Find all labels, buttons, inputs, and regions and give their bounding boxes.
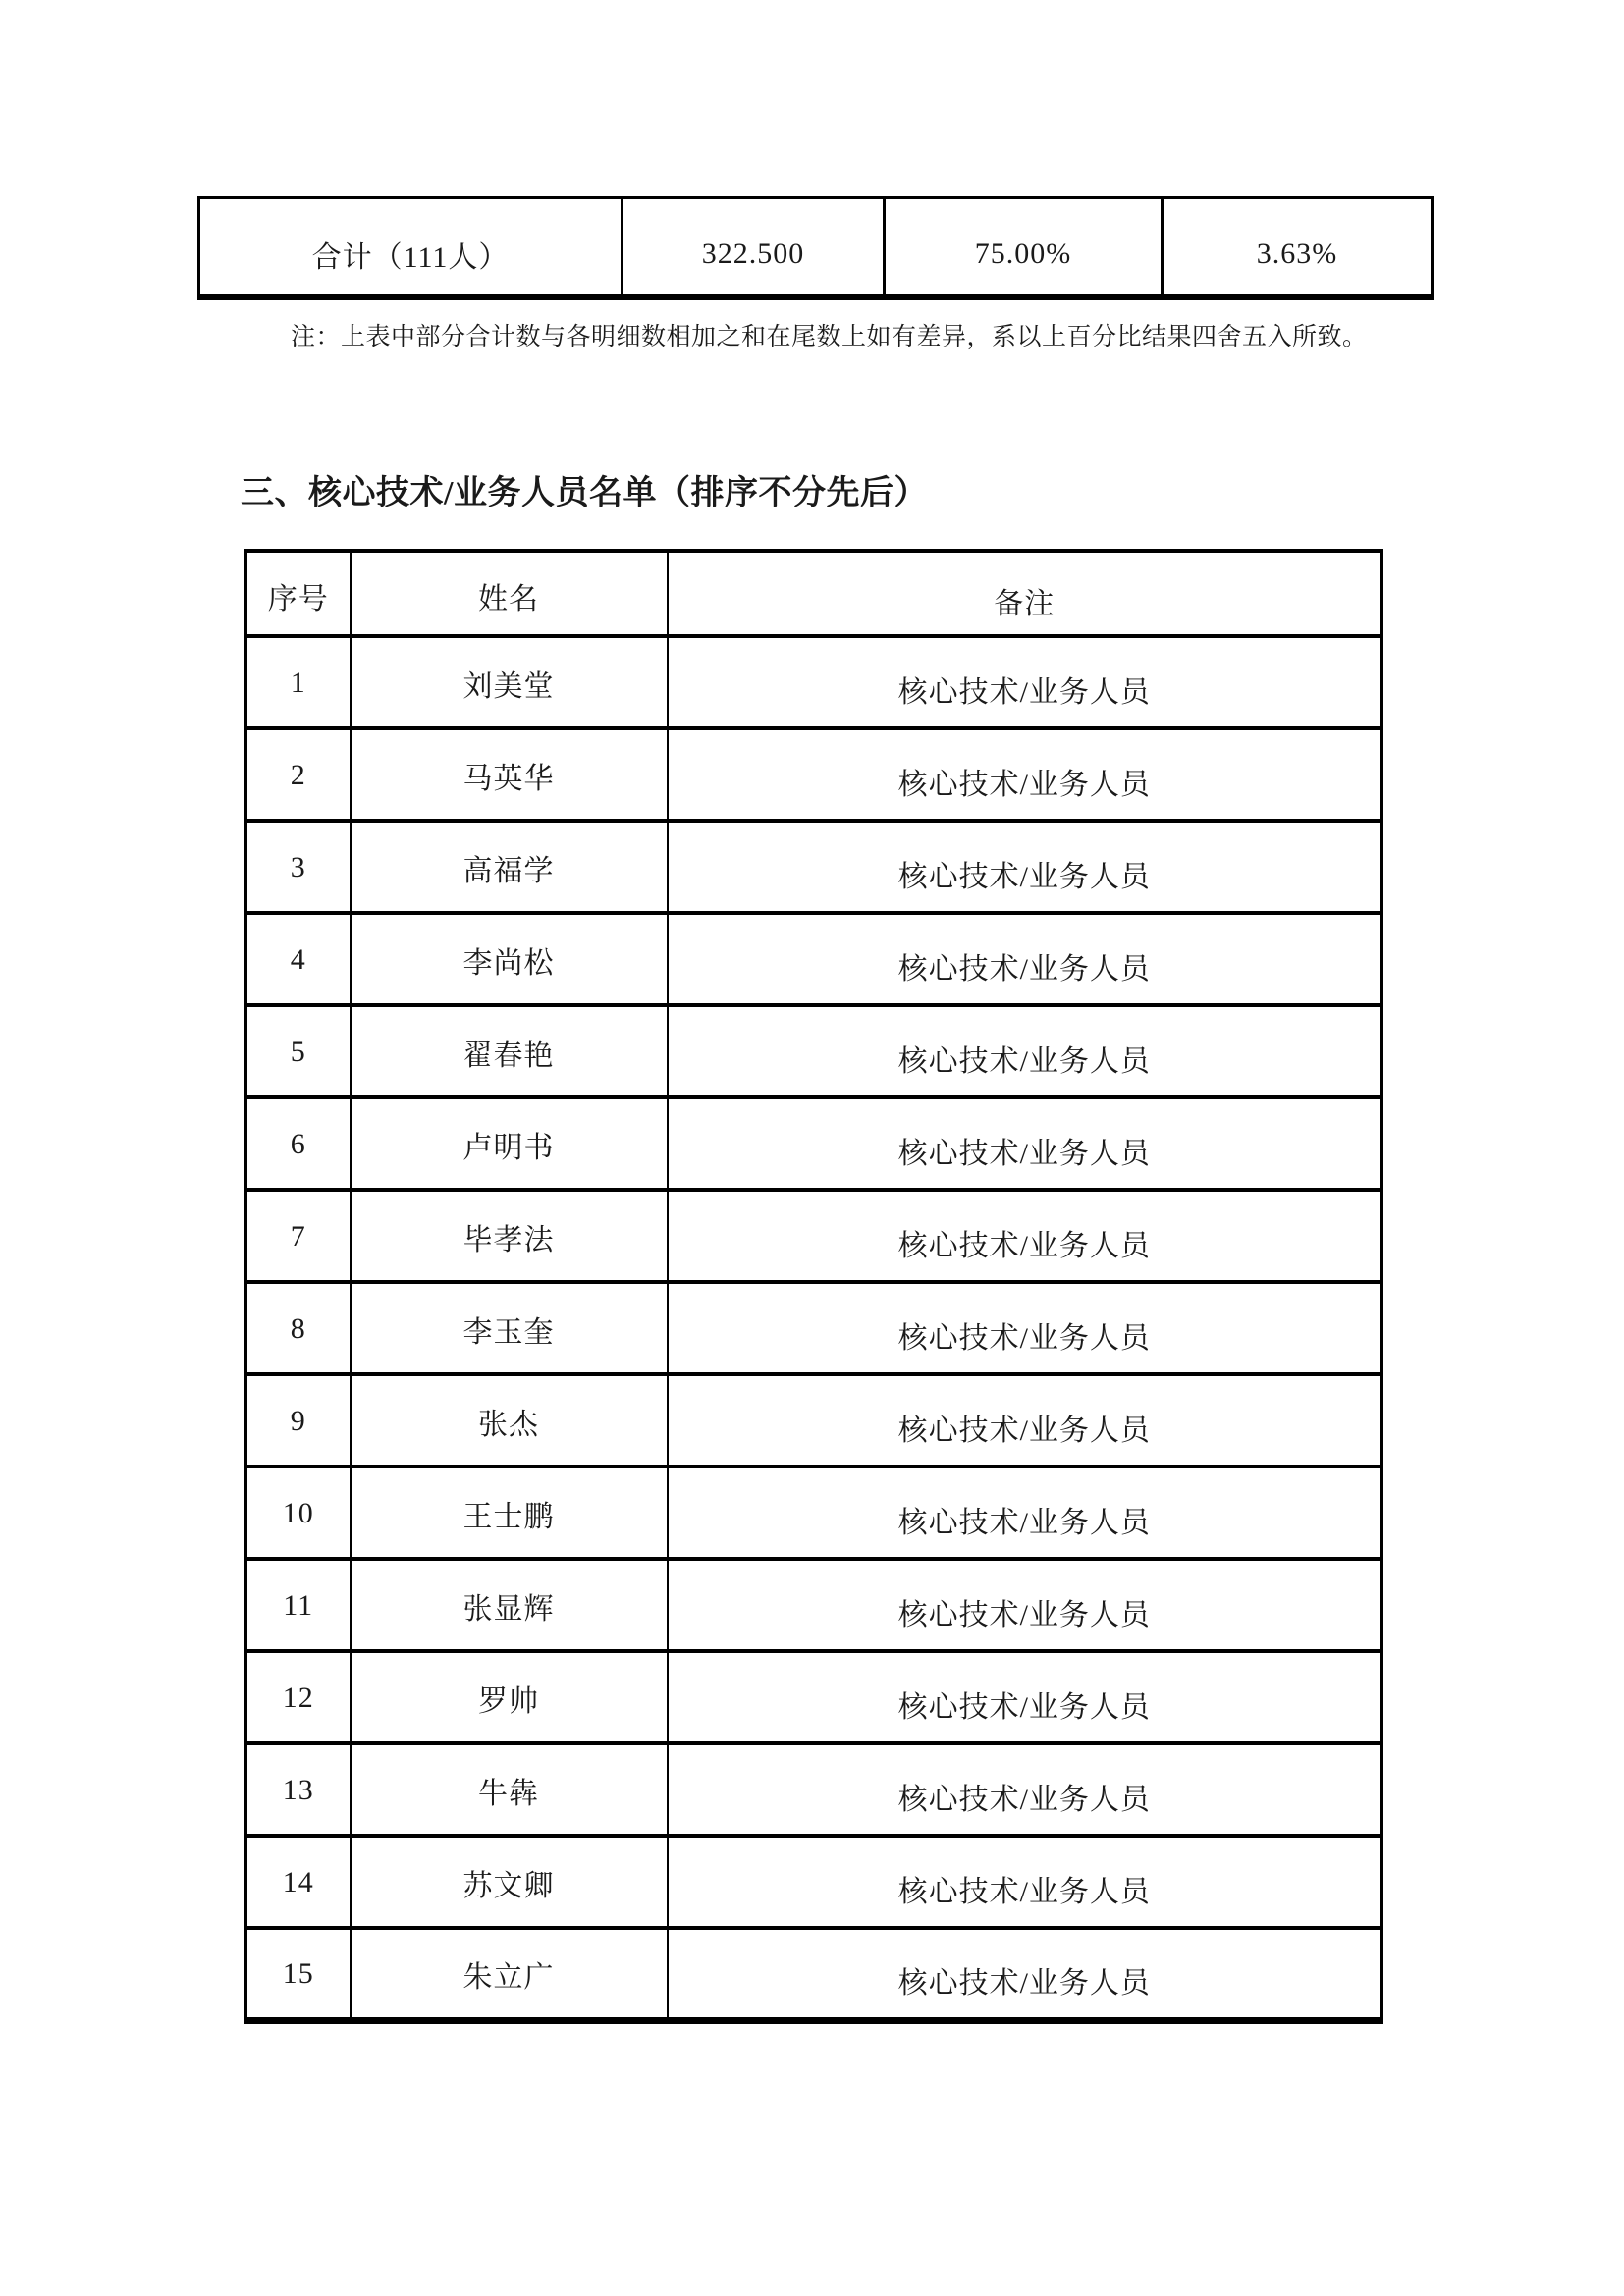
row-number: 11 [246,1559,351,1651]
person-name: 牛犇 [351,1743,668,1836]
summary-total-label: 合计（111人） [199,198,623,297]
table-row: 7 毕孝法 核心技术/业务人员 [246,1190,1382,1282]
row-number: 14 [246,1836,351,1928]
person-name: 王士鹏 [351,1467,668,1559]
person-remark: 核心技术/业务人员 [668,1282,1382,1374]
table-row: 14 苏文卿 核心技术/业务人员 [246,1836,1382,1928]
person-name: 翟春艳 [351,1005,668,1097]
table-row: 5 翟春艳 核心技术/业务人员 [246,1005,1382,1097]
row-number: 6 [246,1097,351,1190]
header-序号: 序号 [246,551,351,636]
person-name: 张杰 [351,1374,668,1467]
table-row: 6 卢明书 核心技术/业务人员 [246,1097,1382,1190]
table-row: 12 罗帅 核心技术/业务人员 [246,1651,1382,1743]
table-row: 15 朱立广 核心技术/业务人员 [246,1928,1382,2020]
document-page: 合计（111人） 322.500 75.00% 3.63% 注：上表中部分合计数… [0,0,1624,2296]
person-name: 高福学 [351,821,668,913]
person-name: 刘美堂 [351,636,668,728]
table-row: 10 王士鹏 核心技术/业务人员 [246,1467,1382,1559]
person-name: 朱立广 [351,1928,668,2020]
person-remark: 核心技术/业务人员 [668,1190,1382,1282]
table-row: 13 牛犇 核心技术/业务人员 [246,1743,1382,1836]
row-number: 15 [246,1928,351,2020]
row-number: 8 [246,1282,351,1374]
summary-total-row: 合计（111人） 322.500 75.00% 3.63% [199,198,1433,297]
person-name: 卢明书 [351,1097,668,1190]
person-remark: 核心技术/业务人员 [668,1559,1382,1651]
summary-total-amount: 322.500 [623,198,885,297]
person-name: 苏文卿 [351,1836,668,1928]
row-number: 4 [246,913,351,1005]
section-heading: 三、核心技术/业务人员名单（排序不分先后） [241,474,928,513]
person-remark: 核心技术/业务人员 [668,1374,1382,1467]
person-remark: 核心技术/业务人员 [668,1928,1382,2020]
row-number: 7 [246,1190,351,1282]
table-row: 11 张显辉 核心技术/业务人员 [246,1559,1382,1651]
person-remark: 核心技术/业务人员 [668,1743,1382,1836]
personnel-table-body: 1 刘美堂 核心技术/业务人员 2 马英华 核心技术/业务人员 3 高福学 核心… [246,636,1382,2020]
personnel-table-header-row: 序号 姓名 备注 [246,551,1382,636]
table-row: 9 张杰 核心技术/业务人员 [246,1374,1382,1467]
row-number: 12 [246,1651,351,1743]
person-remark: 核心技术/业务人员 [668,728,1382,821]
row-number: 3 [246,821,351,913]
row-number: 13 [246,1743,351,1836]
person-name: 李尚松 [351,913,668,1005]
person-remark: 核心技术/业务人员 [668,1836,1382,1928]
row-number: 9 [246,1374,351,1467]
table-footnote: 注：上表中部分合计数与各明细数相加之和在尾数上如有差异，系以上百分比结果四舍五入… [291,322,1430,353]
summary-total-percent-2: 3.63% [1163,198,1433,297]
row-number: 1 [246,636,351,728]
summary-total-percent-1: 75.00% [885,198,1163,297]
person-remark: 核心技术/业务人员 [668,1651,1382,1743]
person-remark: 核心技术/业务人员 [668,636,1382,728]
person-name: 李玉奎 [351,1282,668,1374]
person-remark: 核心技术/业务人员 [668,1467,1382,1559]
row-number: 2 [246,728,351,821]
person-remark: 核心技术/业务人员 [668,1097,1382,1190]
table-row: 4 李尚松 核心技术/业务人员 [246,913,1382,1005]
table-row: 2 马英华 核心技术/业务人员 [246,728,1382,821]
person-name: 张显辉 [351,1559,668,1651]
person-remark: 核心技术/业务人员 [668,913,1382,1005]
person-name: 毕孝法 [351,1190,668,1282]
header-姓名: 姓名 [351,551,668,636]
row-number: 5 [246,1005,351,1097]
person-remark: 核心技术/业务人员 [668,1005,1382,1097]
personnel-table: 序号 姓名 备注 1 刘美堂 核心技术/业务人员 2 马英华 核心技术/业务人员… [244,549,1383,2024]
person-name: 罗帅 [351,1651,668,1743]
header-备注: 备注 [668,551,1382,636]
summary-table: 合计（111人） 322.500 75.00% 3.63% [197,196,1434,300]
person-remark: 核心技术/业务人员 [668,821,1382,913]
person-name: 马英华 [351,728,668,821]
row-number: 10 [246,1467,351,1559]
table-row: 3 高福学 核心技术/业务人员 [246,821,1382,913]
table-row: 1 刘美堂 核心技术/业务人员 [246,636,1382,728]
table-row: 8 李玉奎 核心技术/业务人员 [246,1282,1382,1374]
